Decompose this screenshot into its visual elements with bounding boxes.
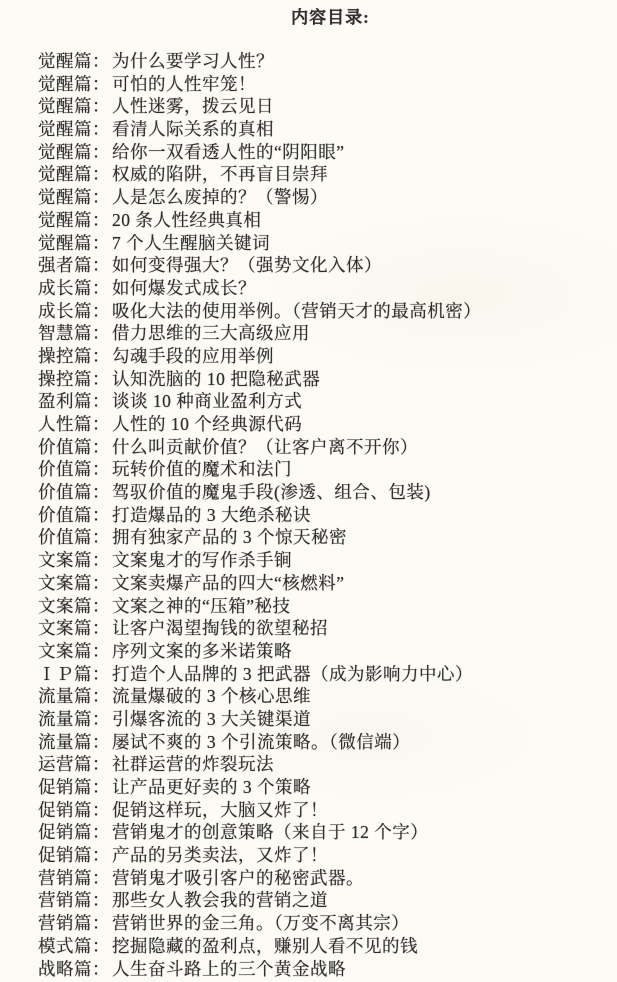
toc-separator: ： xyxy=(92,437,112,457)
toc-separator: ： xyxy=(92,573,112,593)
toc-item-title: 可怕的人性牢笼！ xyxy=(112,74,256,94)
page-title: 内容目录: xyxy=(22,0,617,29)
toc-item-title: 拥有独家产品的 3 个惊天秘密 xyxy=(112,527,347,547)
toc-item-title: 借力思维的三大高级应用 xyxy=(112,323,310,343)
toc-line: 战略篇：人生奋斗路上的三个黄金战略 xyxy=(38,958,617,981)
toc-separator: ： xyxy=(92,210,112,230)
toc-item-title: 人生奋斗路上的三个黄金战略 xyxy=(112,959,346,979)
toc-item-title: 看清人际关系的真相 xyxy=(112,119,274,139)
toc-section-label: 价值篇 xyxy=(38,505,92,525)
toc-line: 模式篇：挖掘隐藏的盈利点，赚别人看不见的钱 xyxy=(38,935,617,958)
toc-line: 价值篇：什么叫贡献价值？（让客户离不开你） xyxy=(38,436,617,459)
toc-item-title: 引爆客流的 3 大关键渠道 xyxy=(112,709,311,729)
toc-line: 文案篇：文案卖爆产品的四大“核燃料” xyxy=(38,572,617,595)
toc-line: 营销篇：营销世界的金三角。（万变不离其宗） xyxy=(38,912,617,935)
toc-separator: ： xyxy=(92,255,112,275)
toc-item-title: 序列文案的多米诺策略 xyxy=(112,641,292,661)
toc-item-title: 那些女人教会我的营销之道 xyxy=(112,890,328,910)
toc-item-title: 打造爆品的 3 大绝杀秘诀 xyxy=(112,505,311,525)
toc-section-label: 觉醒篇 xyxy=(38,142,92,162)
toc-line: 成长篇：如何爆发式成长？ xyxy=(38,277,617,300)
toc-separator: ： xyxy=(92,233,112,253)
toc-item-title: 驾驭价值的魔鬼手段(渗透、组合、包装) xyxy=(112,482,431,502)
toc-separator: ： xyxy=(92,164,112,184)
toc-section-label: 营销篇 xyxy=(38,890,92,910)
toc-line: 促销篇：让产品更好卖的 3 个策略 xyxy=(38,776,617,799)
toc-section-label: 智慧篇 xyxy=(38,323,92,343)
toc-section-label: 流量篇 xyxy=(38,732,92,752)
toc-section-label: 文案篇 xyxy=(38,618,92,638)
toc-separator: ： xyxy=(92,890,112,910)
toc-section-label: 价值篇 xyxy=(38,459,92,479)
toc-line: 促销篇：营销鬼才的创意策略（来自于 12 个字） xyxy=(38,821,617,844)
toc-separator: ： xyxy=(92,800,112,820)
toc-item-title: 什么叫贡献价值？（让客户离不开你） xyxy=(112,437,418,457)
toc-separator: ： xyxy=(92,142,112,162)
toc-separator: ： xyxy=(92,754,112,774)
toc-line: 价值篇：打造爆品的 3 大绝杀秘诀 xyxy=(38,504,617,527)
toc-separator: ： xyxy=(92,301,112,321)
toc-item-title: 如何变得强大？（强势文化入体） xyxy=(112,255,382,275)
toc-list: 觉醒篇：为什么要学习人性？觉醒篇：可怕的人性牢笼！觉醒篇：人性迷雾，拨云见日觉醒… xyxy=(38,50,617,980)
toc-separator: ： xyxy=(92,709,112,729)
toc-item-title: 挖掘隐藏的盈利点，赚别人看不见的钱 xyxy=(112,936,418,956)
toc-section-label: 觉醒篇 xyxy=(38,51,92,71)
toc-item-title: 人性迷雾，拨云见日 xyxy=(112,96,274,116)
toc-line: 运营篇：社群运营的炸裂玩法 xyxy=(38,753,617,776)
toc-separator: ： xyxy=(92,845,112,865)
toc-line: 流量篇：流量爆破的 3 个核心思维 xyxy=(38,685,617,708)
toc-line: 文案篇：序列文案的多米诺策略 xyxy=(38,640,617,663)
toc-section-label: 营销篇 xyxy=(38,913,92,933)
toc-section-label: 流量篇 xyxy=(38,686,92,706)
toc-separator: ： xyxy=(92,414,112,434)
toc-section-label: 人性篇 xyxy=(38,414,92,434)
toc-section-label: 觉醒篇 xyxy=(38,164,92,184)
toc-separator: ： xyxy=(92,936,112,956)
toc-item-title: 如何爆发式成长？ xyxy=(112,278,256,298)
toc-section-label: 觉醒篇 xyxy=(38,119,92,139)
toc-section-label: 营销篇 xyxy=(38,868,92,888)
toc-separator: ： xyxy=(92,868,112,888)
toc-section-label: 促销篇 xyxy=(38,777,92,797)
toc-line: 促销篇：促销这样玩，大脑又炸了！ xyxy=(38,799,617,822)
toc-item-title: 文案卖爆产品的四大“核燃料” xyxy=(112,573,345,593)
toc-line: 文案篇：文案鬼才的写作杀手锏 xyxy=(38,549,617,572)
toc-separator: ： xyxy=(92,913,112,933)
toc-line: 觉醒篇：20 条人性经典真相 xyxy=(38,209,617,232)
toc-separator: ： xyxy=(92,732,112,752)
toc-section-label: 成长篇 xyxy=(38,301,92,321)
toc-item-title: 屡试不爽的 3 个引流策略。（微信端） xyxy=(112,732,410,752)
toc-line: 营销篇：营销鬼才吸引客户的秘密武器。 xyxy=(38,867,617,890)
toc-item-title: 玩转价值的魔术和法门 xyxy=(112,459,292,479)
toc-line: 成长篇：吸化大法的使用举例。（营销天才的最高机密） xyxy=(38,300,617,323)
toc-separator: ： xyxy=(92,278,112,298)
toc-section-label: ＩＰ篇 xyxy=(38,664,92,684)
toc-section-label: 运营篇 xyxy=(38,754,92,774)
toc-section-label: 价值篇 xyxy=(38,482,92,502)
toc-section-label: 文案篇 xyxy=(38,550,92,570)
toc-line: 强者篇：如何变得强大？（强势文化入体） xyxy=(38,254,617,277)
toc-item-title: 人性的 10 个经典源代码 xyxy=(112,414,302,434)
toc-item-title: 文案鬼才的写作杀手锏 xyxy=(112,550,292,570)
toc-section-label: 觉醒篇 xyxy=(38,74,92,94)
toc-section-label: 模式篇 xyxy=(38,936,92,956)
toc-item-title: 吸化大法的使用举例。（营销天才的最高机密） xyxy=(112,301,481,321)
toc-item-title: 营销鬼才吸引客户的秘密武器。 xyxy=(112,868,364,888)
toc-separator: ： xyxy=(92,505,112,525)
toc-line: 觉醒篇：权威的陷阱，不再盲目崇拜 xyxy=(38,163,617,186)
toc-section-label: 文案篇 xyxy=(38,596,92,616)
toc-item-title: 打造个人品牌的 3 把武器（成为影响力中心） xyxy=(112,664,473,684)
toc-line: 觉醒篇：人性迷雾，拨云见日 xyxy=(38,95,617,118)
toc-separator: ： xyxy=(92,596,112,616)
toc-section-label: 流量篇 xyxy=(38,709,92,729)
toc-line: 觉醒篇：7 个人生醒脑关键词 xyxy=(38,232,617,255)
toc-separator: ： xyxy=(92,346,112,366)
toc-section-label: 盈利篇 xyxy=(38,391,92,411)
toc-item-title: 20 条人性经典真相 xyxy=(112,210,261,230)
toc-separator: ： xyxy=(92,527,112,547)
toc-line: 人性篇：人性的 10 个经典源代码 xyxy=(38,413,617,436)
toc-line: 流量篇：屡试不爽的 3 个引流策略。（微信端） xyxy=(38,731,617,754)
toc-line: 流量篇：引爆客流的 3 大关键渠道 xyxy=(38,708,617,731)
toc-separator: ： xyxy=(92,391,112,411)
toc-section-label: 觉醒篇 xyxy=(38,187,92,207)
toc-line: 觉醒篇：可怕的人性牢笼！ xyxy=(38,73,617,96)
toc-section-label: 文案篇 xyxy=(38,573,92,593)
toc-separator: ： xyxy=(92,822,112,842)
toc-line: 觉醒篇：看清人际关系的真相 xyxy=(38,118,617,141)
toc-line: 操控篇：勾魂手段的应用举例 xyxy=(38,345,617,368)
toc-separator: ： xyxy=(92,96,112,116)
toc-item-title: 勾魂手段的应用举例 xyxy=(112,346,274,366)
toc-separator: ： xyxy=(92,959,112,979)
toc-separator: ： xyxy=(92,664,112,684)
toc-section-label: 觉醒篇 xyxy=(38,96,92,116)
toc-line: 盈利篇：谈谈 10 种商业盈利方式 xyxy=(38,390,617,413)
toc-item-title: 促销这样玩，大脑又炸了！ xyxy=(112,800,328,820)
toc-line: 觉醒篇：人是怎么废掉的？（警惕） xyxy=(38,186,617,209)
toc-item-title: 人是怎么废掉的？（警惕） xyxy=(112,187,328,207)
toc-section-label: 觉醒篇 xyxy=(38,210,92,230)
toc-item-title: 社群运营的炸裂玩法 xyxy=(112,754,274,774)
toc-item-title: 产品的另类卖法，又炸了！ xyxy=(112,845,328,865)
toc-item-title: 营销鬼才的创意策略（来自于 12 个字） xyxy=(112,822,428,842)
toc-separator: ： xyxy=(92,618,112,638)
toc-separator: ： xyxy=(92,550,112,570)
toc-item-title: 流量爆破的 3 个核心思维 xyxy=(112,686,311,706)
toc-item-title: 给你一双看透人性的“阴阳眼” xyxy=(112,142,345,162)
toc-section-label: 觉醒篇 xyxy=(38,233,92,253)
toc-item-title: 权威的陷阱，不再盲目崇拜 xyxy=(112,164,328,184)
toc-separator: ： xyxy=(92,323,112,343)
toc-section-label: 促销篇 xyxy=(38,800,92,820)
toc-separator: ： xyxy=(92,641,112,661)
toc-line: 价值篇：玩转价值的魔术和法门 xyxy=(38,458,617,481)
toc-separator: ： xyxy=(92,74,112,94)
toc-section-label: 战略篇 xyxy=(38,959,92,979)
toc-page: 内容目录: 觉醒篇：为什么要学习人性？觉醒篇：可怕的人性牢笼！觉醒篇：人性迷雾，… xyxy=(0,0,617,982)
toc-line: 觉醒篇：给你一双看透人性的“阴阳眼” xyxy=(38,141,617,164)
toc-line: 营销篇：那些女人教会我的营销之道 xyxy=(38,889,617,912)
toc-line: ＩＰ篇：打造个人品牌的 3 把武器（成为影响力中心） xyxy=(38,663,617,686)
toc-separator: ： xyxy=(92,369,112,389)
toc-item-title: 让产品更好卖的 3 个策略 xyxy=(112,777,311,797)
toc-section-label: 文案篇 xyxy=(38,641,92,661)
toc-separator: ： xyxy=(92,187,112,207)
toc-line: 促销篇：产品的另类卖法，又炸了！ xyxy=(38,844,617,867)
toc-section-label: 促销篇 xyxy=(38,845,92,865)
toc-section-label: 强者篇 xyxy=(38,255,92,275)
toc-section-label: 价值篇 xyxy=(38,527,92,547)
toc-item-title: 让客户渴望掏钱的欲望秘招 xyxy=(112,618,328,638)
toc-item-title: 文案之神的“压箱”秘技 xyxy=(112,596,291,616)
toc-item-title: 为什么要学习人性？ xyxy=(112,51,274,71)
toc-section-label: 价值篇 xyxy=(38,437,92,457)
toc-line: 操控篇：认知洗脑的 10 把隐秘武器 xyxy=(38,368,617,391)
toc-line: 文案篇：文案之神的“压箱”秘技 xyxy=(38,595,617,618)
toc-separator: ： xyxy=(92,119,112,139)
toc-separator: ： xyxy=(92,777,112,797)
toc-item-title: 认知洗脑的 10 把隐秘武器 xyxy=(112,369,320,389)
toc-line: 文案篇：让客户渴望掏钱的欲望秘招 xyxy=(38,617,617,640)
toc-line: 价值篇：拥有独家产品的 3 个惊天秘密 xyxy=(38,526,617,549)
toc-separator: ： xyxy=(92,51,112,71)
toc-separator: ： xyxy=(92,686,112,706)
toc-line: 智慧篇：借力思维的三大高级应用 xyxy=(38,322,617,345)
toc-separator: ： xyxy=(92,482,112,502)
toc-item-title: 7 个人生醒脑关键词 xyxy=(112,233,270,253)
toc-line: 觉醒篇：为什么要学习人性？ xyxy=(38,50,617,73)
toc-section-label: 操控篇 xyxy=(38,346,92,366)
toc-line: 价值篇：驾驭价值的魔鬼手段(渗透、组合、包装) xyxy=(38,481,617,504)
toc-separator: ： xyxy=(92,459,112,479)
toc-item-title: 营销世界的金三角。（万变不离其宗） xyxy=(112,913,409,933)
toc-section-label: 成长篇 xyxy=(38,278,92,298)
toc-item-title: 谈谈 10 种商业盈利方式 xyxy=(112,391,302,411)
toc-section-label: 促销篇 xyxy=(38,822,92,842)
toc-section-label: 操控篇 xyxy=(38,369,92,389)
